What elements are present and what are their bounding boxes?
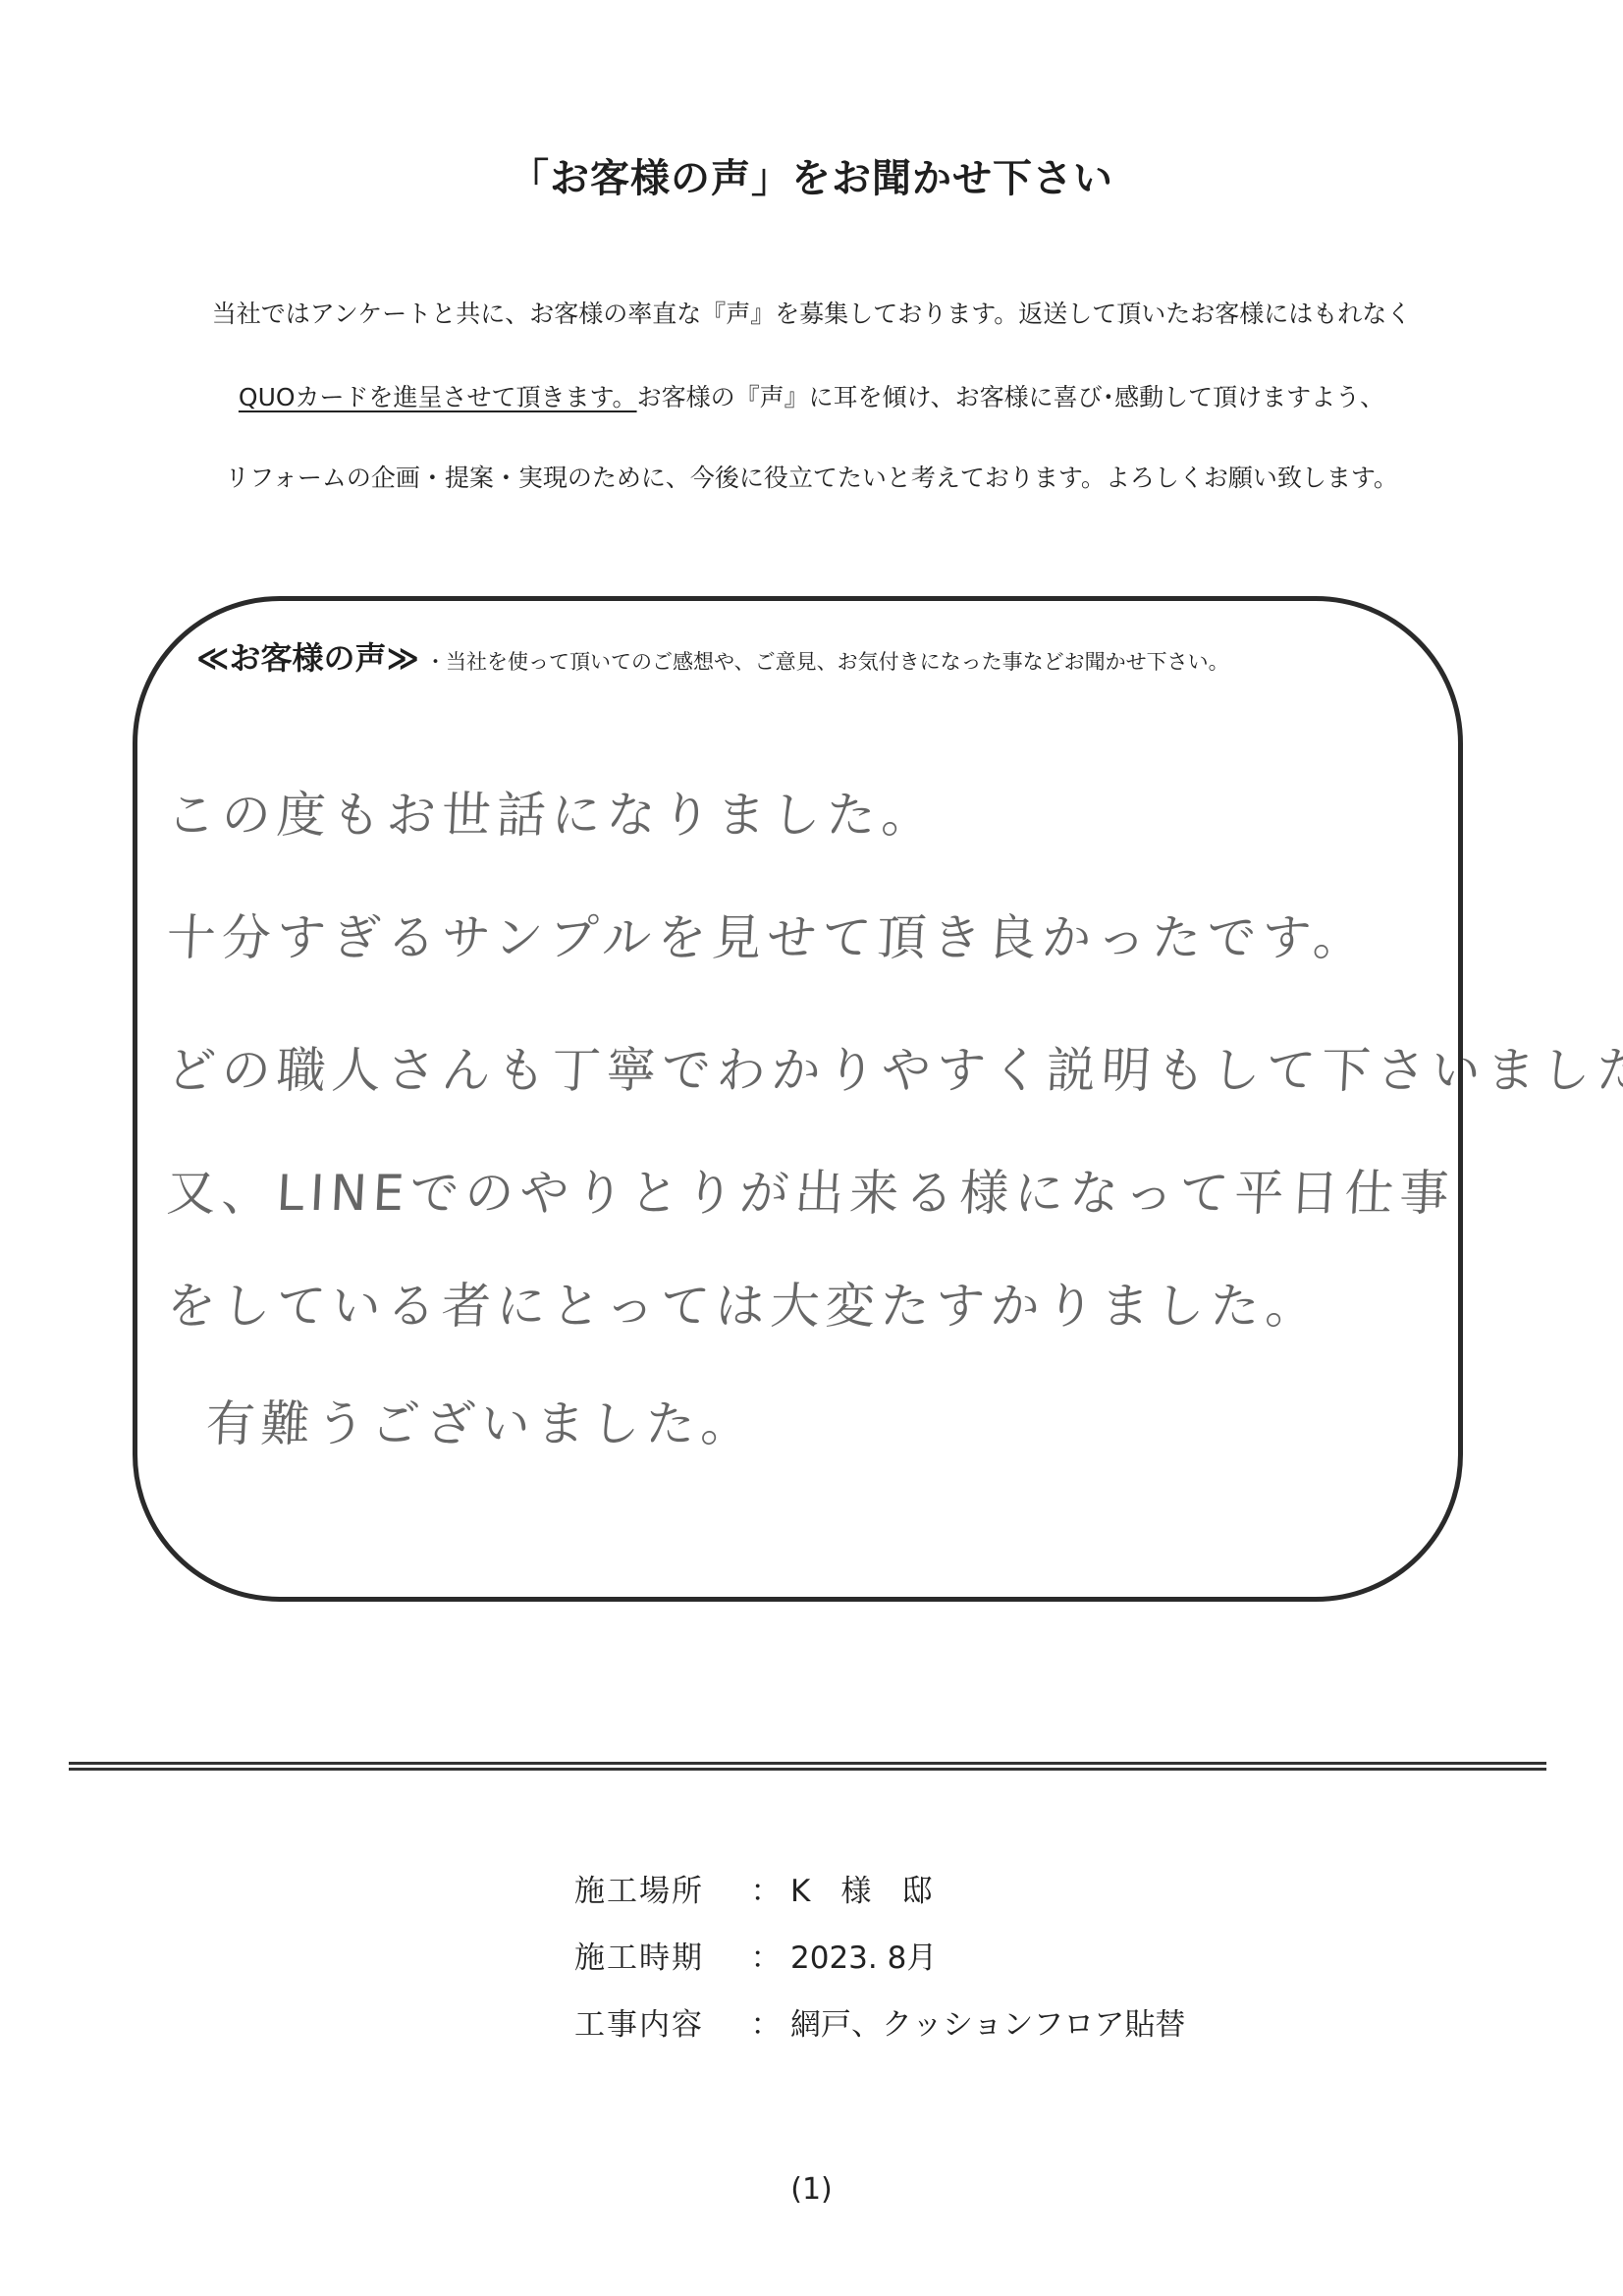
handwritten-line: この度もお世話になりました。 (165, 776, 939, 847)
info-row-period: 施工時期：2023. 8月 (574, 1933, 937, 1977)
info-value: 網戸、クッションフロア貼替 (790, 2007, 1185, 2043)
info-label: 施工場所 (574, 1866, 741, 1910)
handwritten-line: をしている者にとっては大変たすかりました。 (165, 1267, 1323, 1338)
page-title: 「お客様の声」をお聞かせ下さい (0, 147, 1623, 203)
handwritten-line: 有難うございました。 (204, 1385, 758, 1455)
intro-line-1: 当社ではアンケートと共に、お客様の率直な『声』を募集しております。返送して頂いた… (0, 295, 1623, 330)
info-row-work: 工事内容：網戸、クッションフロア貼替 (574, 1999, 1185, 2044)
handwritten-line: 又、LINEでのやりとりが出来る様になって平日仕事 (165, 1154, 1456, 1225)
info-separator: ： (741, 1866, 790, 1910)
info-label: 工事内容 (574, 1999, 741, 2044)
voice-heading-title: ≪お客様の声≫ (196, 639, 419, 677)
info-separator: ： (741, 1999, 790, 2044)
voice-prompt: ・当社を使って頂いてのご感想や、ご意見、お気付きになった事などお聞かせ下さい。 (425, 650, 1229, 674)
intro-line-3: リフォームの企画・提案・実現のために、今後に役立てたいと考えております。よろしく… (0, 459, 1623, 494)
intro-line-2-rest: お客様の『声』に耳を傾け、お客様に喜び･感動して頂けますよう、 (637, 383, 1385, 411)
divider-line-bottom (69, 1768, 1546, 1771)
info-label: 施工時期 (574, 1933, 741, 1977)
info-value: 2023. 8月 (790, 1941, 937, 1976)
info-value: K 様 邸 (790, 1874, 932, 1909)
info-separator: ： (741, 1933, 790, 1977)
page-number: (1) (0, 2172, 1623, 2207)
handwritten-line: 十分すぎるサンプルを見せて頂き良かったです。 (165, 899, 1370, 969)
info-row-location: 施工場所：K 様 邸 (574, 1866, 932, 1910)
quo-card-notice: QUOカードを進呈させて頂きます。 (239, 383, 637, 411)
intro-line-2: QUOカードを進呈させて頂きます。お客様の『声』に耳を傾け、お客様に喜び･感動し… (0, 378, 1623, 413)
handwritten-line: どの職人さんも丁寧でわかりやすく説明もして下さいました。 (165, 1031, 1623, 1102)
voice-heading: ≪お客様の声≫・当社を使って頂いてのご感想や、ご意見、お気付きになった事などお聞… (196, 633, 1229, 679)
divider-line-top (69, 1762, 1546, 1765)
